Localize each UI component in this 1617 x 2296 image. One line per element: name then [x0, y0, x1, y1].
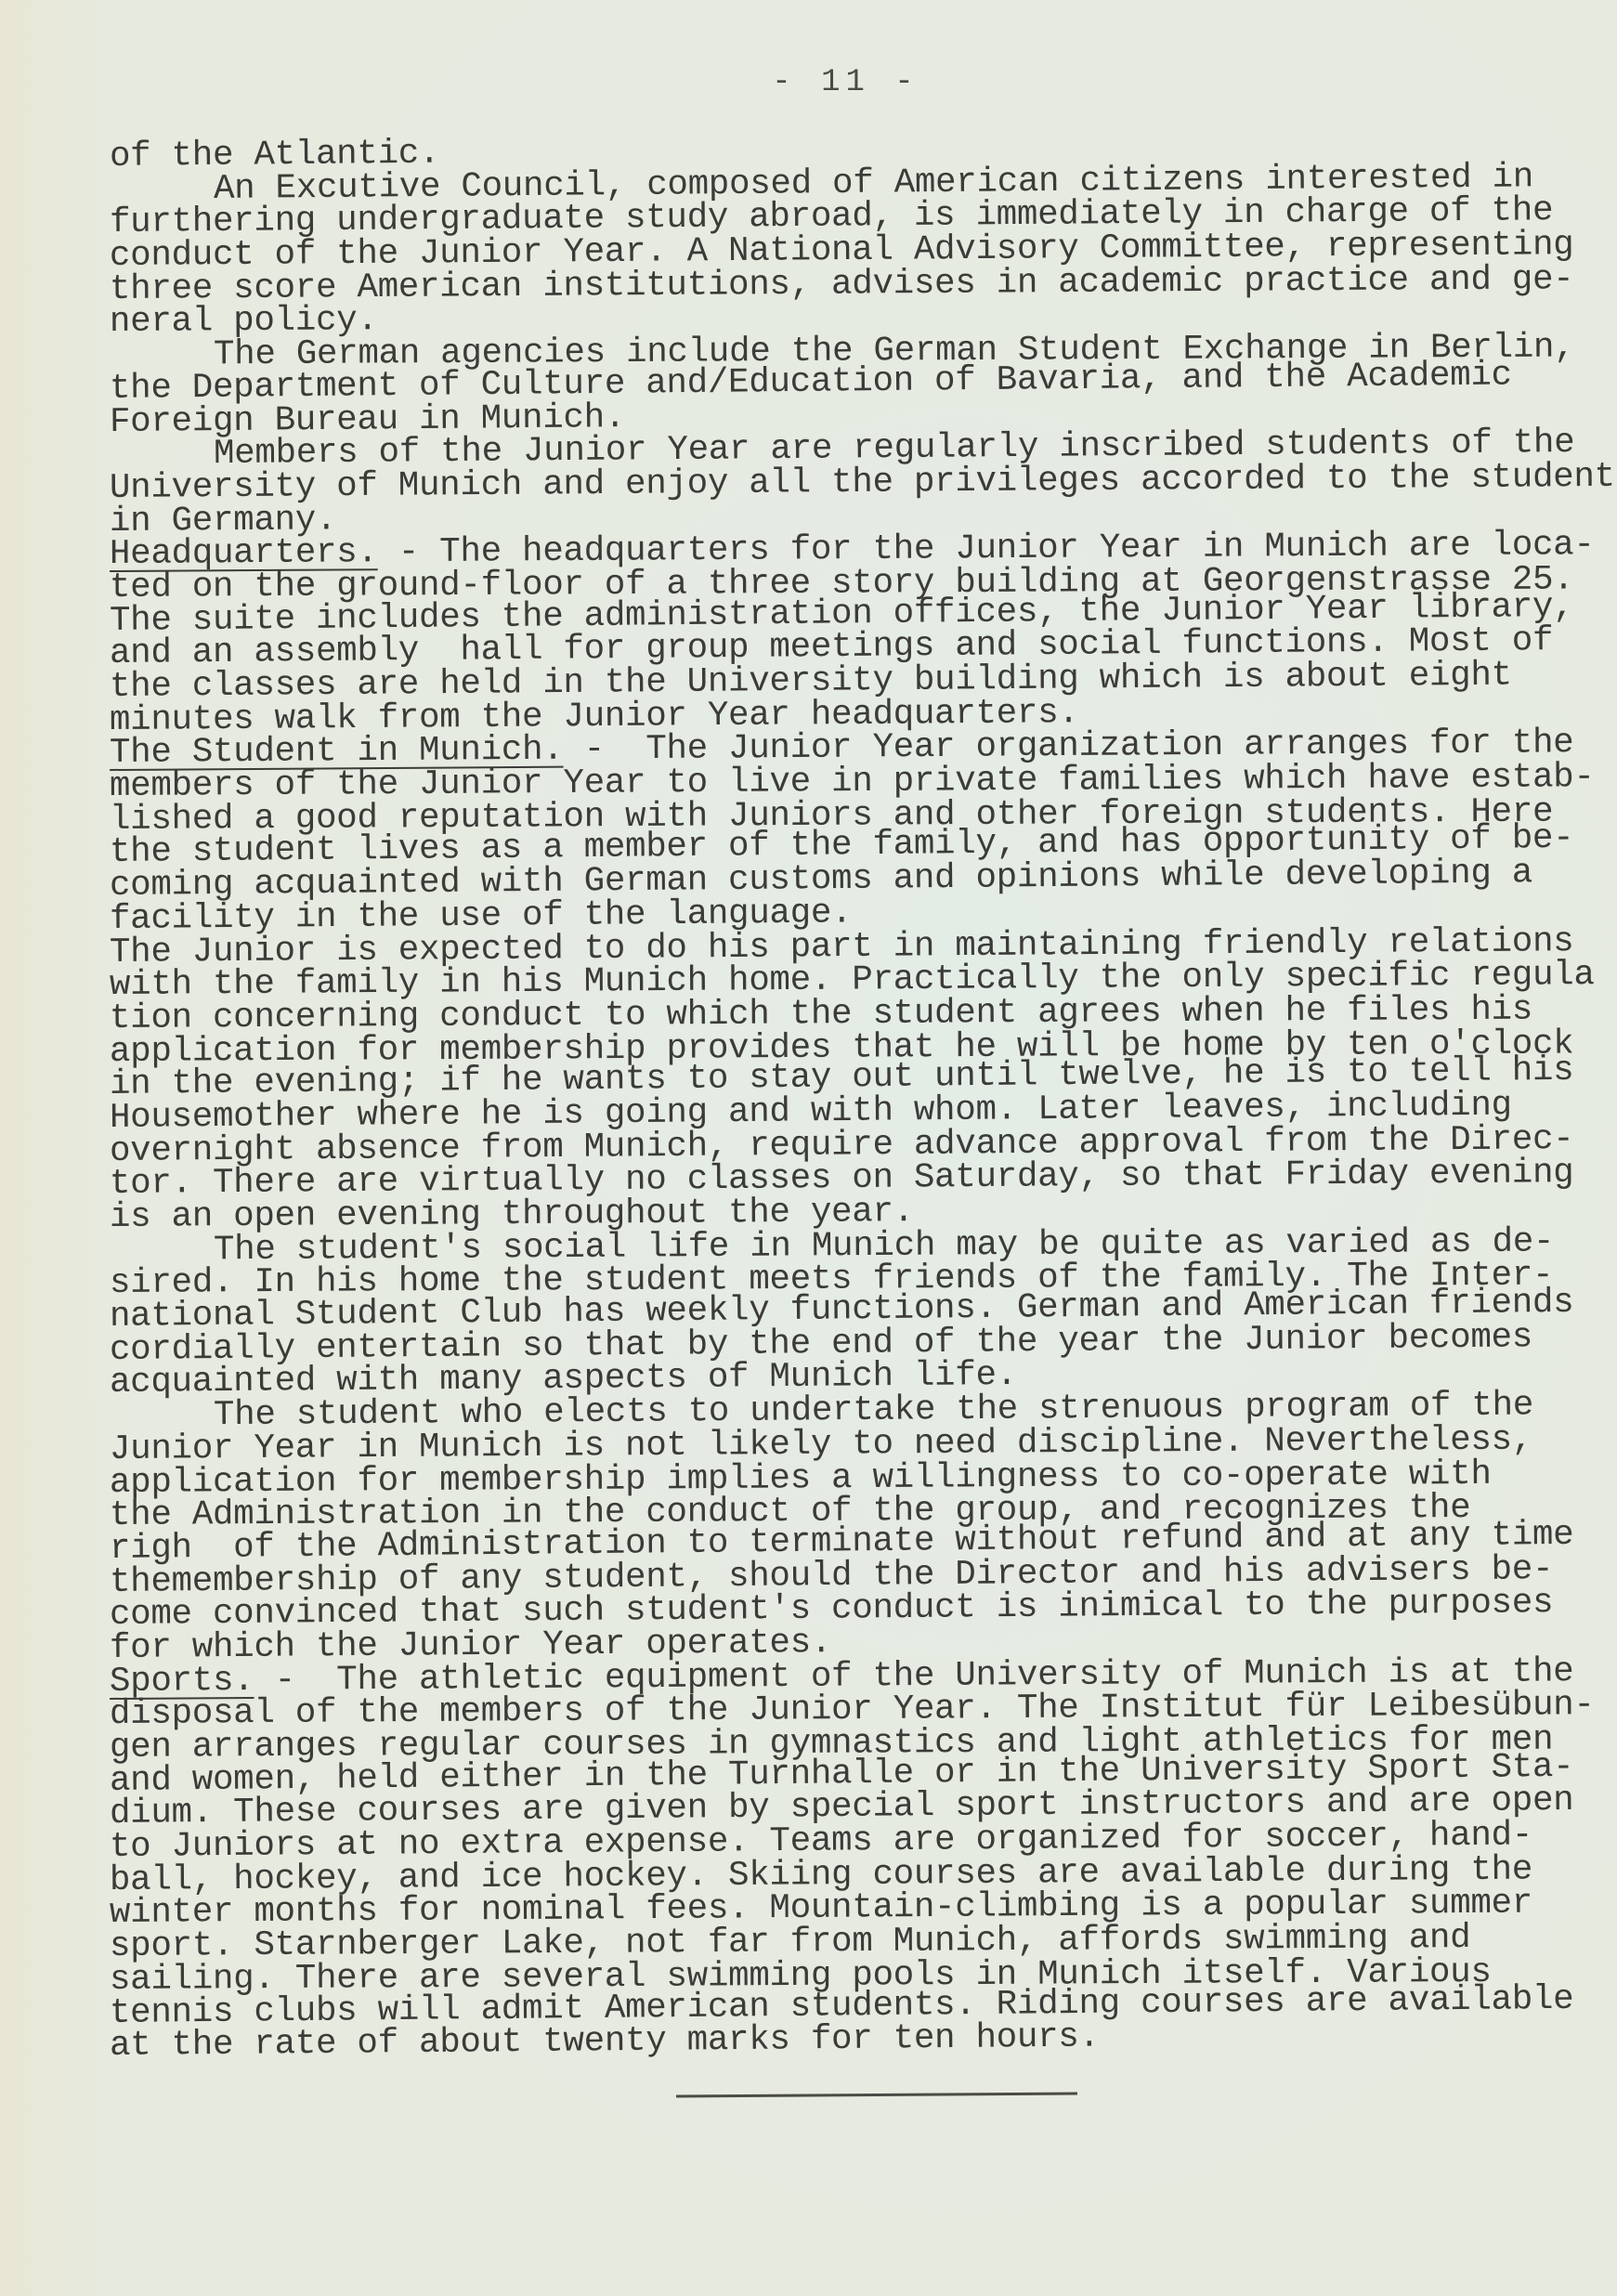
line-text: at the rate of about twenty marks for te… [110, 2018, 1100, 2066]
page-number: - 11 - [0, 65, 1617, 100]
text-line: at the rate of about twenty marks for te… [110, 2017, 1614, 2064]
end-of-section-rule [676, 2092, 1077, 2097]
typewritten-body: of the Atlantic.An Excutive Council, com… [110, 141, 1614, 2064]
